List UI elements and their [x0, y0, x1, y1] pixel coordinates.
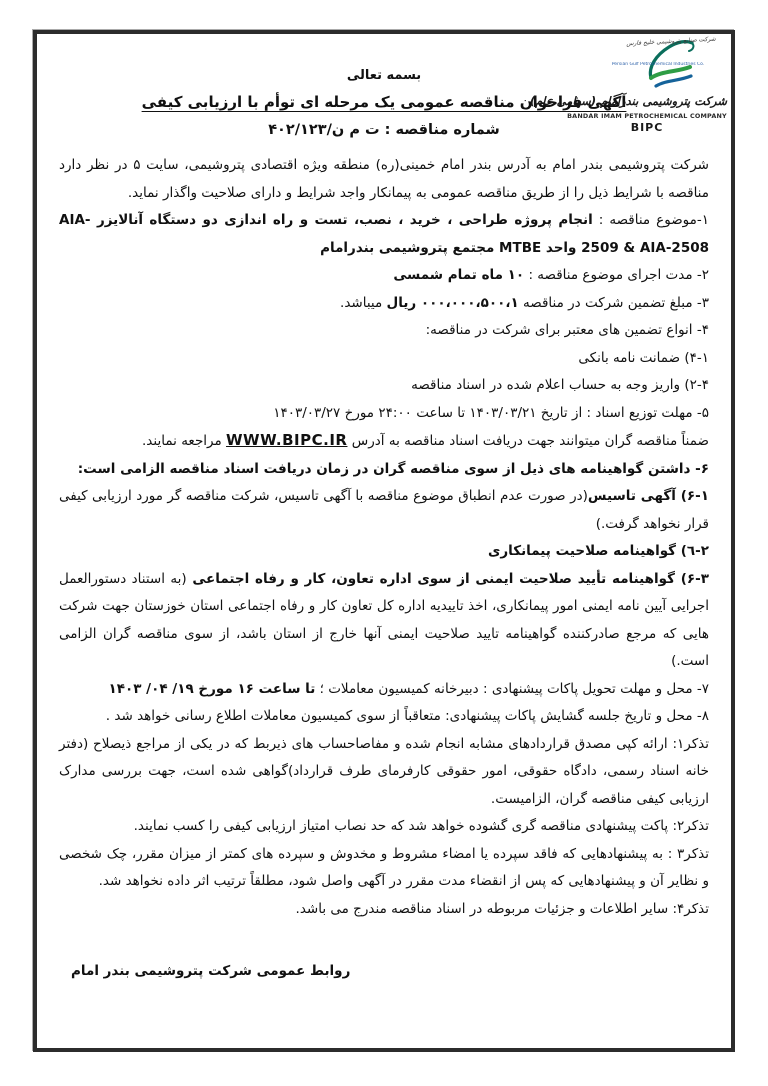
logo-parent-company-en: Persian Gulf Petrochemical Industries Co…	[603, 62, 713, 67]
certificate-safety: ۶-۳) گواهینامه تأیید صلاحیت ایمنی از سوی…	[59, 566, 709, 676]
document-page: شرکت صنایع پتروشیمی خلیج فارس Persian Gu…	[37, 34, 731, 1048]
item-guarantee-types: ۴- انواع تضمین های معتبر برای شرکت در من…	[59, 317, 709, 345]
tender-body: شرکت پتروشیمی بندر امام به آدرس بندر اما…	[59, 152, 709, 923]
item-guarantee-amount: ۳- مبلغ تضمین شرکت در مناقصه ۱،‏۵۰۰،‏۰۰۰…	[59, 290, 709, 318]
website-note: ضمناً مناقصه گران میتوانند جهت دریافت اس…	[59, 427, 709, 456]
remark-3: تذکر۳ : به پیشنهادهایی که فاقد سپرده یا …	[59, 841, 709, 896]
item-guarantee-type-1: ۴-۱) ضمانت نامه بانکی	[59, 345, 709, 373]
remark-1: تذکر۱: ارائه کپی مصدق قراردادهای مشابه ا…	[59, 731, 709, 814]
envelope-delivery-label: ۷- محل و مهلت تحویل پاکات پیشنهادی : دبی…	[315, 681, 709, 697]
intro-text: شرکت پتروشیمی بندر امام به آدرس بندر اما…	[59, 157, 709, 201]
item-envelope-delivery: ۷- محل و مهلت تحویل پاکات پیشنهادی : دبی…	[59, 676, 709, 704]
certificate-establishment: ۶-۱) آگهی تاسیس(در صورت عدم انطباق موضوع…	[59, 483, 709, 538]
item-duration: ۲- مدت اجرای موضوع مناقصه : ۱۰ ماه تمام …	[59, 262, 709, 290]
company-abbr: BIPC	[567, 121, 727, 134]
remark-2: تذکر۲: پاکت پیشنهادی مناقصه گری گشوده خو…	[59, 813, 709, 841]
public-relations-signature: روابط عمومی شرکت پتروشیمی بندر امام	[59, 963, 709, 979]
certificate-contractor: ٦‎-‎٢) گواهینامه صلاحیت پیمانکاری	[59, 538, 709, 566]
item-envelope-opening: ۸- محل و تاریخ جلسه گشایش پاکات پیشنهادی…	[59, 703, 709, 731]
page-border: شرکت صنایع پتروشیمی خلیج فارس Persian Gu…	[33, 30, 735, 1052]
website-note-post: مراجعه نمایند.	[142, 433, 226, 449]
guarantee-label: ۳- مبلغ تضمین شرکت در مناقصه	[519, 295, 709, 311]
item-duration-label: ۲- مدت اجرای موضوع مناقصه :	[524, 267, 709, 283]
intro-paragraph: شرکت پتروشیمی بندر امام به آدرس بندر اما…	[59, 152, 709, 207]
item-certificates-heading: ۶- داشتن گواهینامه های ذیل از سوی مناقصه…	[78, 461, 709, 477]
certificate-establishment-title: ۶-۱) آگهی تاسیس	[588, 488, 709, 504]
bipc-website-link: WWW.BIPC.IR	[226, 431, 347, 449]
item-document-deadline: ۵- مهلت توزیع اسناد : از تاریخ ۱۴۰۳/۰۳/۲…	[59, 400, 709, 428]
item-duration-value: ۱۰ ماه تمام شمسی	[393, 267, 524, 283]
certificate-safety-title: ۶-۳) گواهینامه تأیید صلاحیت ایمنی از سوی…	[187, 571, 709, 587]
company-name-en: BANDAR IMAM PETROCHEMICAL COMPANY	[567, 112, 727, 120]
item-subject: ۱-موضوع مناقصه : انجام پروژه طراحی ، خری…	[59, 207, 709, 262]
company-logo: شرکت صنایع پتروشیمی خلیج فارس Persian Gu…	[567, 36, 727, 134]
website-note-pre: ضمناً مناقصه گران میتوانند جهت دریافت اس…	[347, 433, 709, 449]
guarantee-tail: میباشد.	[340, 295, 386, 311]
certificate-contractor-title: ٦‎-‎٢) گواهینامه صلاحیت پیمانکاری	[488, 543, 709, 559]
company-name-fa: شرکت پتروشیمی بندرامام (سهامی عام)	[567, 94, 727, 108]
item-guarantee-type-2: ۴‏-‏۲) واریز وجه به حساب اعلام شده در اس…	[59, 372, 709, 400]
envelope-delivery-deadline: تا ساعت ۱۶ مورخ ۱۹/ ۰۴/ ۱۴۰۳	[108, 681, 315, 697]
item-certificates: ۶- داشتن گواهینامه های ذیل از سوی مناقصه…	[59, 456, 709, 484]
logo-mark: شرکت صنایع پتروشیمی خلیج فارس Persian Gu…	[567, 36, 727, 92]
remark-4: تذکر۴: سایر اطلاعات و جزئیات مربوطه در ا…	[59, 896, 709, 924]
guarantee-amount-value: ۱،‏۵۰۰،‏۰۰۰،‏۰۰۰ ریال	[387, 295, 519, 311]
item-subject-label: ۱-موضوع مناقصه :	[593, 212, 709, 228]
